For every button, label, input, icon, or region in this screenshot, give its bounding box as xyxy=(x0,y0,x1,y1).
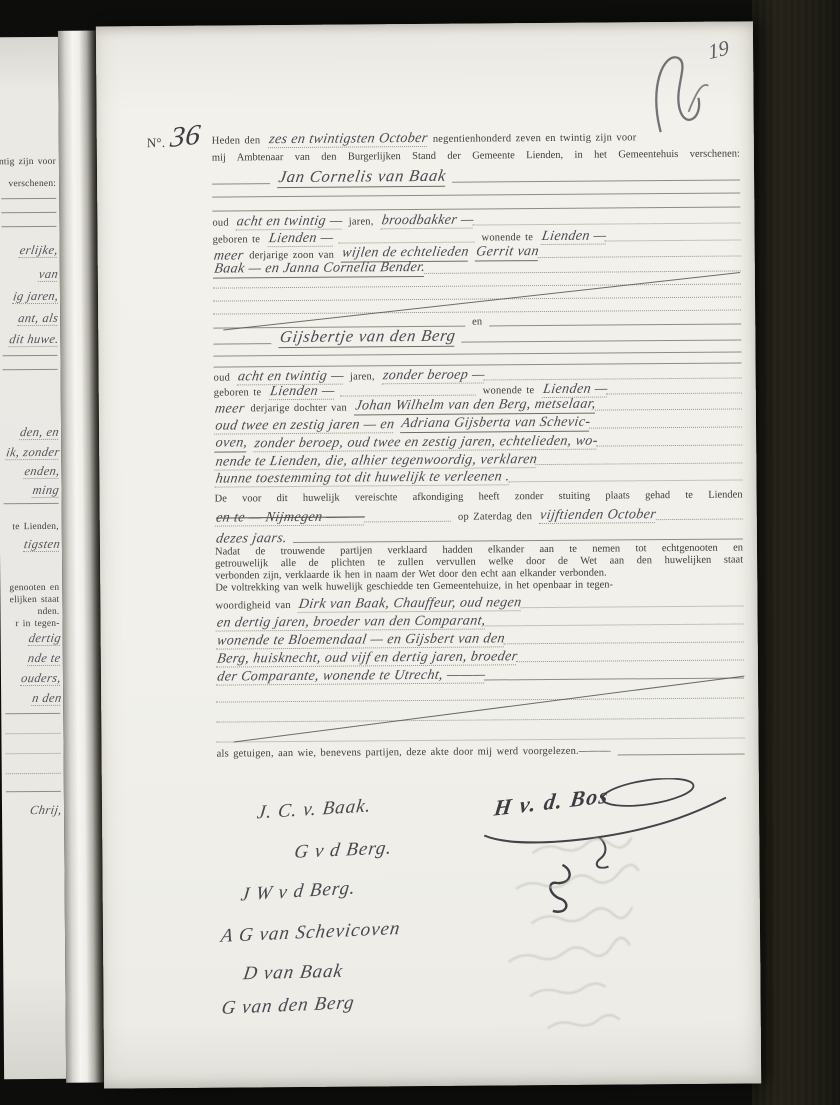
rule-segment xyxy=(605,239,741,241)
prev-hand-text: dertig xyxy=(27,632,61,646)
act-number-value: 36 xyxy=(169,121,202,153)
rule-segment xyxy=(655,518,742,520)
prev-rule xyxy=(1,226,56,227)
printed-label: oud xyxy=(214,373,230,386)
signature-witness-2: G van den Berg xyxy=(220,992,356,1020)
act-number: N°. 36 xyxy=(147,124,199,153)
bride-father-name: Johan Wilhelm van den Berg, metselaar, xyxy=(354,398,597,416)
rule-segment xyxy=(473,222,741,225)
printed-text: derjarige dochter van xyxy=(250,403,347,416)
marriage-act-page: 19 N°. 36 Heden den zes en twintigsten O… xyxy=(96,21,761,1088)
groom-residence: Lienden — xyxy=(540,230,607,246)
act-body: Heden den zes en twintigsten October neg… xyxy=(212,127,745,761)
prev-fragment: n den xyxy=(31,689,61,707)
scan-background: ntig zijn voor verschenen: erlijke, van … xyxy=(0,0,840,1105)
previous-page-edge: ntig zijn voor verschenen: erlijke, van … xyxy=(0,37,66,1079)
prev-fragment: dertig xyxy=(27,629,59,647)
bride-birthplace: Lienden — xyxy=(268,385,335,401)
printed-text: woordigheid van xyxy=(215,601,290,614)
prev-fragment: dit huwe. xyxy=(8,330,58,348)
rule-segment xyxy=(212,183,270,184)
prev-fragment: Chrij, xyxy=(29,801,61,819)
prev-fragment: te Lienden, xyxy=(12,516,59,534)
prev-fragment: enden, xyxy=(23,462,59,480)
handwritten-text: dezes jaars. xyxy=(215,532,288,547)
rule-segment xyxy=(484,377,742,380)
rule-segment xyxy=(509,479,743,482)
printed-text: op Zaterdag den xyxy=(458,512,532,525)
rule-segment xyxy=(339,242,475,244)
printed-text: Heden den xyxy=(212,136,261,149)
rule-segment xyxy=(485,623,744,626)
rule-segment xyxy=(516,659,744,662)
prev-rule xyxy=(1,198,56,199)
groom-profession: broodbakker — xyxy=(381,214,475,230)
act-number-label: N°. xyxy=(147,135,166,152)
prev-hand-text: van xyxy=(38,268,59,282)
prev-hand-text: Chrij, xyxy=(29,804,63,817)
rule-segment xyxy=(340,395,476,397)
prev-hand-text: enden, xyxy=(23,465,60,479)
printed-label: geboren te xyxy=(213,235,261,248)
prev-rule xyxy=(6,753,61,754)
prev-hand-text: tigsten xyxy=(23,538,61,552)
printed-label: jaren, xyxy=(349,217,374,230)
rule-segment xyxy=(618,753,745,755)
prev-hand-text: n den xyxy=(31,692,62,706)
prev-fragment: ouders, xyxy=(20,669,60,687)
separator-en: en xyxy=(472,317,482,330)
prev-rule xyxy=(2,355,57,356)
rule-segment xyxy=(521,605,744,608)
prev-hand-text: erlijke, xyxy=(18,244,58,258)
groom-age: acht en twintig — xyxy=(236,215,344,231)
rule-segment xyxy=(452,179,740,182)
groom-name: Jan Cornelis van Baak xyxy=(277,167,447,187)
printed-label: jaren, xyxy=(350,372,375,385)
prev-rule xyxy=(5,733,60,734)
prev-fragment: ik, zonder xyxy=(5,443,58,461)
handwritten-text: oud twee en zestig jaren — en xyxy=(214,418,395,434)
prev-printed-text: verschenen: xyxy=(8,179,56,191)
signature-groom: J. C. v. Baak. xyxy=(256,795,373,824)
prev-fragment: erlijke, xyxy=(18,241,56,259)
signature-father-bride: J W v d Berg. xyxy=(240,877,358,906)
prev-hand-text: ouders, xyxy=(20,672,62,686)
printed-label: oud xyxy=(212,218,228,231)
prev-hand-text: ant, als xyxy=(17,312,59,326)
groom-father-name: Gerrit van xyxy=(475,245,540,262)
prev-hand-text: den, en xyxy=(19,426,60,440)
printed-text: negentienhonderd zeven en twintig zijn v… xyxy=(433,133,637,147)
witness-text: Dirk van Baak, Chauffeur, oud negen xyxy=(298,596,523,613)
handwritten-text: meer xyxy=(214,402,246,416)
prev-fragment: van xyxy=(37,265,56,283)
prev-hand-text: ik, zonder xyxy=(5,446,60,460)
signature-bride: G v d Berg. xyxy=(293,837,394,863)
rule-segment xyxy=(536,462,743,465)
announcement-date: vijftienden October xyxy=(539,508,657,524)
signature-mother-bride: A G van Schevicoven xyxy=(220,918,402,948)
prev-fragment: verschenen: xyxy=(8,173,56,191)
rule-segment xyxy=(606,392,742,394)
show-through-writing xyxy=(471,817,741,1060)
prev-hand-text: nde te xyxy=(27,652,62,666)
prev-rule xyxy=(6,791,61,792)
rule-segment xyxy=(504,641,744,644)
rule-segment xyxy=(537,255,740,258)
announcement-line-3: dezes jaars. xyxy=(215,522,743,546)
prev-printed-text: te Lienden, xyxy=(12,522,59,534)
struck-handwriting: en te — Nijmegen ——— xyxy=(215,510,366,526)
closing-row: als getuigen, aan wie, benevens partijen… xyxy=(217,741,745,761)
handwritten-text: oven, xyxy=(214,436,248,452)
prev-rule xyxy=(6,773,61,774)
rule-segment xyxy=(461,339,741,342)
rule-segment xyxy=(594,408,741,410)
register-book: ntig zijn voor verschenen: erlijke, van … xyxy=(0,0,840,1105)
rule-segment xyxy=(424,270,741,273)
prev-rule xyxy=(4,503,59,504)
prev-rule xyxy=(3,369,58,370)
groom-parents-names: Baak — en Janna Cornelia Bender. xyxy=(213,261,427,279)
rule-segment xyxy=(213,343,271,344)
bride-name: Gijsbertje van den Berg xyxy=(278,327,457,347)
prev-hand-text: ig jaren, xyxy=(12,290,60,304)
bride-residence: Lienden — xyxy=(541,383,608,399)
prev-fragment: ant, als xyxy=(17,309,57,327)
signature-witness-1: D van Baak xyxy=(242,961,345,986)
prev-hand-text: ming xyxy=(32,484,61,498)
handwritten-date: zes en twintigsten October xyxy=(267,132,428,148)
prev-rule xyxy=(5,713,60,714)
rule-segment xyxy=(293,538,743,543)
prev-fragment: nde te xyxy=(27,649,60,667)
handwritten-text: hunne toestemming tot dit huwelijk te ve… xyxy=(215,470,511,487)
bride-mother-name: Adriana Gijsberta van Schevic- xyxy=(400,416,591,434)
rule-segment xyxy=(489,323,741,326)
bride-profession: zonder beroep — xyxy=(382,368,486,384)
prev-printed-text: ntig zijn voor xyxy=(0,157,56,169)
printed-text: als getuigen, aan wie, benevens partijen… xyxy=(217,746,611,762)
rule-segment xyxy=(589,426,742,428)
prev-fragment: ming xyxy=(32,481,59,499)
clerk-paraph-icon xyxy=(644,42,723,139)
prev-fragment: ntig zijn voor xyxy=(0,151,56,169)
prev-rule xyxy=(1,212,56,213)
prev-fragment: ig jaren, xyxy=(11,287,57,305)
printed-label: geboren te xyxy=(214,388,262,401)
prev-fragment: tigsten xyxy=(23,535,59,553)
rule-segment xyxy=(596,444,742,446)
prev-fragment: den, en xyxy=(19,423,58,441)
groom-birthplace: Lienden — xyxy=(267,232,334,248)
rule-segment xyxy=(364,521,451,523)
prev-hand-text: dit huwe. xyxy=(8,333,59,347)
